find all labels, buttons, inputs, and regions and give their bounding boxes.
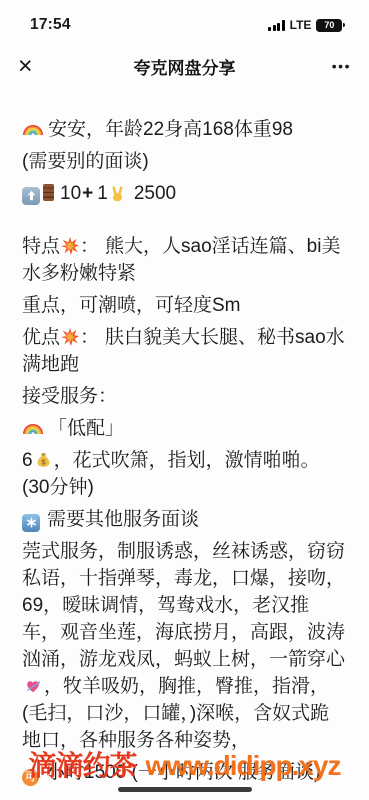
tier-line: 「低配」 [22, 415, 347, 442]
service-list: 莞式服务，制服诱惑，丝袜诱惑，窃窃私语，十指弹琴，毒龙，口爆，接吻，69，暧昧调… [22, 538, 347, 754]
watermark: 滴滴约茶www.didipp.xyz [0, 744, 369, 784]
features-label: 特点 [22, 236, 60, 257]
services-header: 接受服务： [22, 383, 347, 410]
network-type-label: LTE [290, 18, 312, 32]
tier-text: 「低配」 [48, 418, 124, 439]
features-colon: ： [80, 236, 99, 257]
page-title: 夸克网盘分享 [62, 54, 307, 79]
plus-icon: + [82, 183, 93, 204]
victory-hand-icon [109, 185, 126, 202]
money-bag-icon: $ [35, 451, 52, 468]
pros-line: 优点：肤白貌美大长腿、秘书sao水满地跑 [22, 324, 347, 378]
watermark-url: www.didipp.xyz [146, 750, 341, 781]
intro-line: 安安，年龄22身高168体重98 [22, 116, 347, 143]
collision-icon [61, 328, 79, 346]
home-indicator[interactable] [118, 787, 252, 792]
base-price-num: 6 [22, 450, 33, 471]
keypoint-line: 重点，可潮喷，可轻度Sm [22, 292, 347, 319]
features-line: 特点：熊大，人sao淫话连篇、bi美水多粉嫩特紧 [22, 233, 347, 287]
stats-count2: 1 [97, 183, 108, 204]
status-bar-right: LTE 70 [268, 18, 345, 32]
status-bar: 17:54 LTE 70 [0, 0, 369, 38]
service-list-part2: ，牧羊吸奶，胸推，臀推，指滑，(毛扫，口沙，口罐，)深喉，含奴式跪地口，各种服务… [22, 676, 329, 751]
pros-colon: ： [80, 327, 99, 348]
stats-count1: 10 [60, 183, 81, 204]
rainbow-icon [22, 124, 44, 135]
battery-percent: 70 [324, 19, 334, 32]
battery-nub [343, 23, 345, 28]
chocolate-icon [43, 184, 54, 201]
close-button[interactable]: × [18, 54, 62, 79]
base-price-line: 6$，花式吹箫，指划，激情啪啪。(30分钟) [22, 447, 347, 501]
nav-bar: × 夸克网盘分享 ••• [0, 42, 369, 90]
intro-text: 安安，年龄22身高168体重98 [48, 119, 293, 140]
collision-icon [61, 237, 79, 255]
battery-icon: 70 [316, 19, 345, 32]
base-price-rest: ，花式吹箫，指划，激情啪啪。(30分钟) [22, 450, 320, 498]
stats-price: 2500 [134, 183, 176, 204]
status-time: 17:54 [30, 16, 71, 34]
phone-screen: 17:54 LTE 70 × 夸克网盘分享 ••• 安安，年龄22身高168体重… [0, 0, 369, 800]
pros-label: 优点 [22, 327, 60, 348]
rainbow-icon [22, 423, 44, 434]
cell-signal-icon [268, 20, 285, 31]
stats-line: 10+12500 [22, 180, 347, 207]
watermark-brand: 滴滴约茶 [29, 750, 137, 781]
svg-text:$: $ [41, 457, 45, 466]
share-content: 安安，年龄22身高168体重98 (需要别的面谈) 10+12500 特点：熊大… [0, 90, 369, 786]
note-line: (需要别的面谈) [22, 148, 347, 175]
other-header-line: 需要其他服务面谈 [22, 506, 347, 533]
more-button[interactable]: ••• [307, 58, 351, 74]
up-arrow-icon [22, 187, 40, 205]
heart-arrow-icon [24, 677, 42, 695]
asterisk-icon [22, 514, 40, 532]
other-header-text: 需要其他服务面谈 [47, 509, 199, 530]
service-list-part1: 莞式服务，制服诱惑，丝袜诱惑，窃窃私语，十指弹琴，毒龙，口爆，接吻，69，暧昧调… [22, 541, 345, 670]
